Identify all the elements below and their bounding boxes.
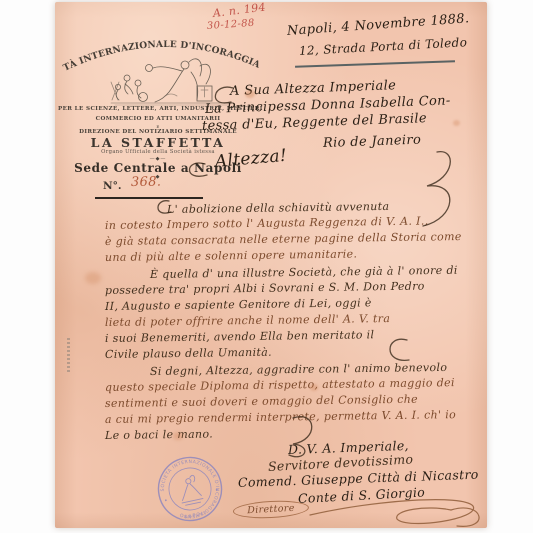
letter-document: A. n. 194 30-12-88 Napoli, 4 Novembre 18… [55,2,487,528]
ink-stain [245,90,255,98]
stamp-bottom-text: NAPOLI [184,510,208,521]
paper-stain [85,272,101,284]
paper-stain [310,384,318,391]
ink-flourishes [55,2,487,528]
society-stamp-icon: SOCIETÀ INTERNAZIONALE D'INCORAGGIAMENTO… [156,455,224,523]
paper-stain [453,120,460,126]
printer-imprint [67,338,70,374]
scan-background: A. n. 194 30-12-88 Napoli, 4 Novembre 18… [0,0,533,533]
paper-stain [173,432,183,440]
